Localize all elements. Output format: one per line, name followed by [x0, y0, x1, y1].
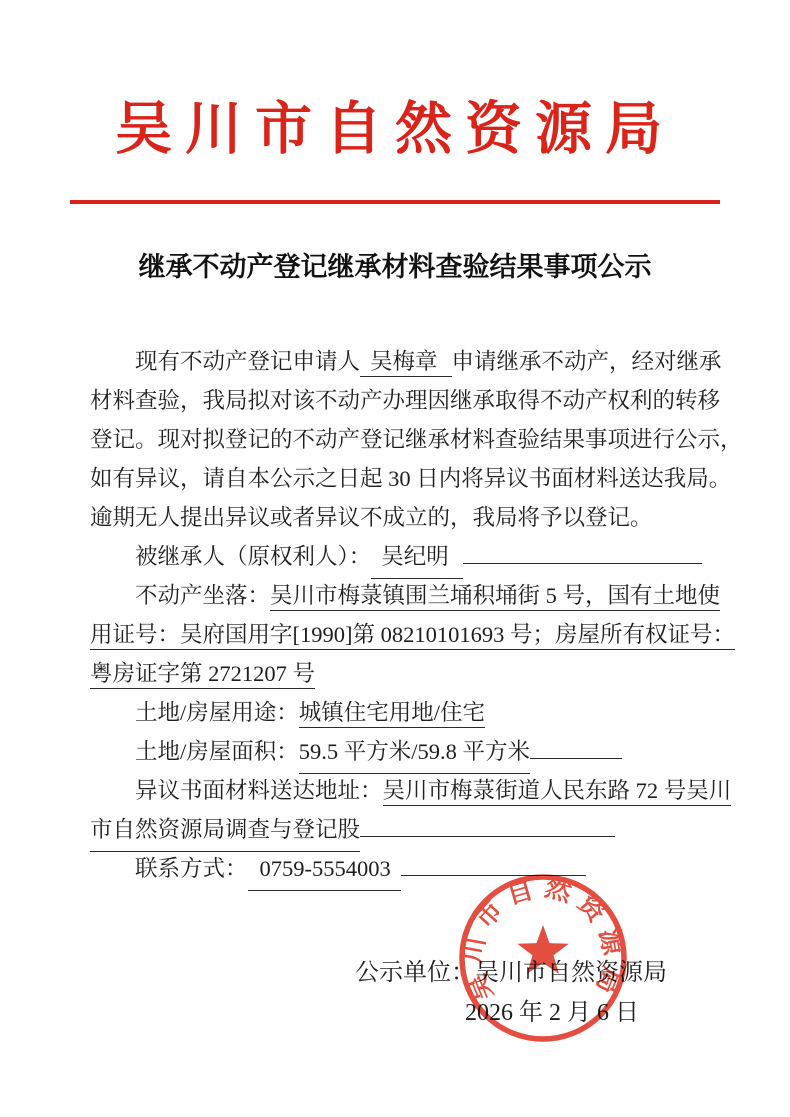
area-value: 59.5 平方米/59.8 平方米 — [299, 732, 530, 774]
decedent-line: 被继承人（原权利人）：吴纪明 — [90, 537, 702, 576]
blank-underline — [463, 545, 702, 564]
unit-label: 公示单位： — [355, 960, 475, 986]
location-label: 不动产坐落： — [135, 583, 270, 608]
contact-line: 联系方式：0759-5554003 — [90, 849, 702, 888]
location-line-2: 用证号：吴府国用字[1990]第 08210101693 号；房屋所有权证号： — [90, 615, 702, 654]
decedent-label: 被继承人（原权利人）： — [135, 537, 371, 576]
usage-label: 土地/房屋用途： — [135, 700, 299, 725]
notice-page: 吴川市自然资源局 继承不动产登记继承材料查验结果事项公示 现有不动产登记申请人吴… — [0, 0, 790, 1117]
location-line-1: 不动产坐落：吴川市梅菉镇围兰埇积埇街 5 号，国有土地使 — [90, 576, 702, 615]
usage-value: 城镇住宅用地/住宅 — [299, 700, 485, 728]
publishing-unit-line: 公示单位：吴川市自然资源局 — [355, 956, 790, 990]
p1-seg2: 申请继承不动产，经对继承 — [452, 349, 722, 374]
notice-body: 现有不动产登记申请人吴梅章申请继承不动产，经对继承 材料查验，我局拟对该不动产办… — [90, 342, 702, 888]
location-line-3: 粤房证字第 2721207 号 — [90, 654, 702, 693]
objection-line-1: 异议书面材料送达地址：吴川市梅菉街道人民东路 72 号吴川 — [90, 771, 702, 810]
objection-label: 异议书面材料送达地址： — [135, 778, 383, 803]
p1-seg1: 现有不动产登记申请人 — [135, 349, 360, 374]
area-label: 土地/房屋面积： — [135, 732, 299, 771]
location-value-1: 吴川市梅菉镇围兰埇积埇街 5 号，国有土地使 — [270, 583, 720, 611]
objection-value-1: 吴川市梅菉街道人民东路 72 号吴川 — [383, 778, 732, 806]
letterhead-divider — [70, 200, 720, 204]
body-line-3: 登记。现对拟登记的不动产登记继承材料查验结果事项进行公示， — [90, 420, 702, 459]
letterhead-org-name: 吴川市自然资源局 — [0, 0, 790, 163]
contact-value: 0759-5554003 — [248, 849, 401, 891]
applicant-name: 吴梅章 — [360, 349, 452, 377]
body-line-4: 如有异议，请自本公示之日起 30 日内将异议书面材料送达我局。 — [90, 459, 702, 498]
location-value-3: 粤房证字第 2721207 号 — [90, 661, 315, 689]
location-value-2: 用证号：吴府国用字[1990]第 08210101693 号；房屋所有权证号： — [90, 622, 735, 650]
notice-date: 2026 年 2 月 6 日 — [465, 996, 790, 1030]
blank-underline — [401, 857, 586, 876]
area-line: 土地/房屋面积：59.5 平方米/59.8 平方米 — [90, 732, 702, 771]
objection-line-2: 市自然资源局调查与登记股 — [90, 810, 702, 849]
body-line-2: 材料查验，我局拟对该不动产办理因继承取得不动产权利的转移 — [90, 381, 702, 420]
blank-underline — [360, 818, 615, 837]
usage-line: 土地/房屋用途：城镇住宅用地/住宅 — [90, 693, 702, 732]
unit-value: 吴川市自然资源局 — [475, 960, 667, 986]
document-title: 继承不动产登记继承材料查验结果事项公示 — [0, 248, 790, 286]
blank-underline — [530, 740, 622, 759]
decedent-value: 吴纪明 — [371, 537, 463, 579]
contact-label: 联系方式： — [135, 849, 248, 888]
body-line-5: 逾期无人提出异议或者异议不成立的，我局将予以登记。 — [90, 498, 702, 537]
objection-value-2: 市自然资源局调查与登记股 — [90, 810, 360, 852]
body-line-1: 现有不动产登记申请人吴梅章申请继承不动产，经对继承 — [90, 342, 702, 381]
